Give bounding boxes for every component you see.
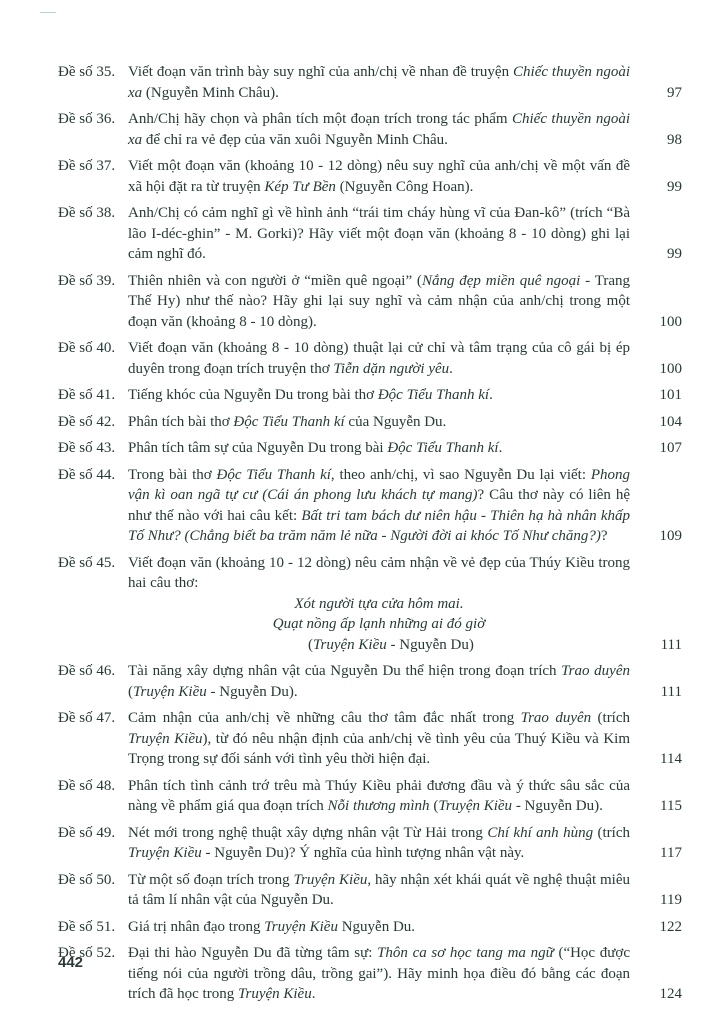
- book-page: Đề số 35.Viết đoạn văn trình bày suy ngh…: [0, 0, 724, 1024]
- toc-entry: Đề số 40.Viết đoạn văn (khoảng 8 - 10 dò…: [58, 338, 682, 379]
- toc-entry: Đề số 45.Viết đoạn văn (khoảng 10 - 12 d…: [58, 553, 682, 656]
- italic-title: Thôn ca sơ học tang ma ngữ: [377, 945, 554, 961]
- entry-page-number: 115: [642, 796, 682, 817]
- entry-text: Thiên nhiên và con người ở “miền quê ngo…: [128, 271, 630, 333]
- italic-title: Chí khí anh hùng: [487, 825, 593, 841]
- toc-entry: Đề số 42.Phân tích bài thơ Độc Tiểu Than…: [58, 412, 682, 433]
- text-segment: (: [430, 798, 439, 814]
- entry-page-number: 111: [642, 682, 682, 703]
- italic-title: Truyện Kiều: [438, 798, 512, 814]
- table-of-contents: Đề số 35.Viết đoạn văn trình bày suy ngh…: [58, 62, 682, 1011]
- text-segment: Phân tích tâm sự của Nguyễn Du trong bài: [128, 440, 387, 456]
- entry-text: Phân tích tình cảnh trớ trêu mà Thúy Kiề…: [128, 776, 630, 817]
- italic-title: Trao duyên: [561, 663, 630, 679]
- text-segment: (trích: [593, 825, 630, 841]
- text-segment: , theo anh/chị, vì sao Nguyễn Du lại viế…: [331, 467, 591, 483]
- toc-entry: Đề số 49.Nét mới trong nghệ thuật xây dự…: [58, 823, 682, 864]
- entry-page-number: 124: [642, 984, 682, 1005]
- text-segment: Viết đoạn văn (khoảng 10 - 12 dòng) nêu …: [128, 555, 630, 592]
- text-segment: ), từ đó nêu nhận định của anh/chị về tì…: [128, 731, 630, 768]
- entry-text: Giá trị nhân đạo trong Truyện Kiều Nguyễ…: [128, 917, 630, 938]
- entry-label: Đề số 47.: [58, 708, 115, 729]
- entry-text: Phân tích tâm sự của Nguyễn Du trong bài…: [128, 438, 630, 459]
- entry-text: Nét mới trong nghệ thuật xây dựng nhân v…: [128, 823, 630, 864]
- entry-text: Viết một đoạn văn (khoảng 10 - 12 dòng) …: [128, 156, 630, 197]
- entry-label: Đề số 51.: [58, 917, 115, 938]
- text-segment: Thiên nhiên và con người ở “miền quê ngo…: [128, 273, 422, 289]
- poem-line: Quạt nồng ấp lạnh những ai đó giờ: [128, 614, 630, 635]
- text-segment: (Nguyễn Minh Châu).: [142, 85, 279, 101]
- toc-entry: Đề số 43.Phân tích tâm sự của Nguyễn Du …: [58, 438, 682, 459]
- toc-entry: Đề số 46.Tài năng xây dựng nhân vật của …: [58, 661, 682, 702]
- italic-title: Nắng đẹp miền quê ngoại: [422, 273, 580, 289]
- entry-text: Tiếng khóc của Nguyễn Du trong bài thơ Đ…: [128, 385, 630, 406]
- text-segment: Tài năng xây dựng nhân vật của Nguyễn Du…: [128, 663, 561, 679]
- text-segment: .: [312, 986, 316, 1002]
- entry-text: Viết đoạn văn (khoảng 8 - 10 dòng) thuật…: [128, 338, 630, 379]
- entry-page-number: 100: [642, 359, 682, 380]
- entry-page-number: 101: [642, 385, 682, 406]
- toc-entry: Đề số 37.Viết một đoạn văn (khoảng 10 - …: [58, 156, 682, 197]
- entry-text: Anh/Chị có cảm nghĩ gì về hình ảnh “trái…: [128, 203, 630, 265]
- entry-page-number: 119: [642, 890, 682, 911]
- text-segment: để chỉ ra vẻ đẹp của văn xuôi Nguyễn Min…: [142, 132, 448, 148]
- italic-title: Nỗi thương mình: [328, 798, 430, 814]
- entry-text: Anh/Chị hãy chọn và phân tích một đoạn t…: [128, 109, 630, 150]
- entry-page-number: 114: [642, 749, 682, 770]
- italic-title: Độc Tiểu Thanh kí: [387, 440, 498, 456]
- italic-title: Độc Tiểu Thanh kí: [378, 387, 489, 403]
- entry-label: Đề số 40.: [58, 338, 115, 359]
- text-segment: Trong bài thơ: [128, 467, 216, 483]
- italic-title: Độc Tiểu Thanh kí: [216, 467, 330, 483]
- entry-text: Từ một số đoạn trích trong Truyện Kiều, …: [128, 870, 630, 911]
- entry-label: Đề số 38.: [58, 203, 115, 224]
- entry-page-number: 100: [642, 312, 682, 333]
- text-segment: - Nguyễn Du): [387, 637, 474, 653]
- toc-entry: Đề số 35.Viết đoạn văn trình bày suy ngh…: [58, 62, 682, 103]
- text-segment: Phân tích bài thơ: [128, 414, 233, 430]
- entry-label: Đề số 36.: [58, 109, 115, 130]
- entry-label: Đề số 39.: [58, 271, 115, 292]
- toc-entry: Đề số 39.Thiên nhiên và con người ở “miề…: [58, 271, 682, 333]
- entry-text: Đại thi hào Nguyễn Du đã từng tâm sự: Th…: [128, 943, 630, 1005]
- entry-page-number: 109: [642, 526, 682, 547]
- text-segment: Nét mới trong nghệ thuật xây dựng nhân v…: [128, 825, 487, 841]
- entry-label: Đề số 35.: [58, 62, 115, 83]
- entry-label: Đề số 37.: [58, 156, 115, 177]
- entry-page-number: 97: [642, 83, 682, 104]
- toc-entry: Đề số 47.Cảm nhận của anh/chị về những c…: [58, 708, 682, 770]
- italic-title: Truyện Kiều: [128, 845, 202, 861]
- entry-text: Viết đoạn văn (khoảng 10 - 12 dòng) nêu …: [128, 553, 630, 594]
- toc-entry: Đề số 52.Đại thi hào Nguyễn Du đã từng t…: [58, 943, 682, 1005]
- italic-title: Kép Tư Bền: [264, 179, 336, 195]
- text-segment: Anh/Chị hãy chọn và phân tích một đoạn t…: [128, 111, 512, 127]
- text-segment: Cảm nhận của anh/chị về những câu thơ tâ…: [128, 710, 521, 726]
- entry-label: Đề số 49.: [58, 823, 115, 844]
- toc-entry: Đề số 48.Phân tích tình cảnh trớ trêu mà…: [58, 776, 682, 817]
- text-segment: .: [499, 440, 503, 456]
- entry-label: Đề số 43.: [58, 438, 115, 459]
- text-segment: Nguyễn Du.: [338, 919, 415, 935]
- text-segment: Từ một số đoạn trích trong: [128, 872, 293, 888]
- italic-title: Truyện Kiều: [128, 731, 203, 747]
- toc-entry: Đề số 51.Giá trị nhân đạo trong Truyện K…: [58, 917, 682, 938]
- text-segment: - Nguyễn Du).: [512, 798, 603, 814]
- entry-page-number: 104: [642, 412, 682, 433]
- page-number: 442: [58, 954, 83, 971]
- poem-line: Xót người tựa cửa hôm mai.: [128, 594, 630, 615]
- entry-text: Phân tích bài thơ Độc Tiểu Thanh kí của …: [128, 412, 630, 433]
- scan-artifact: [40, 12, 56, 13]
- entry-page-number: 99: [642, 244, 682, 265]
- entry-label: Đề số 46.: [58, 661, 115, 682]
- entry-text: Tài năng xây dựng nhân vật của Nguyễn Du…: [128, 661, 630, 702]
- entry-page-number: 117: [642, 843, 682, 864]
- toc-entry: Đề số 50.Từ một số đoạn trích trong Truy…: [58, 870, 682, 911]
- text-segment: (Nguyễn Công Hoan).: [336, 179, 473, 195]
- entry-label: Đề số 42.: [58, 412, 115, 433]
- text-segment: - Nguyễn Du).: [207, 684, 298, 700]
- italic-title: Truyện Kiều: [238, 986, 312, 1002]
- text-segment: Đại thi hào Nguyễn Du đã từng tâm sự:: [128, 945, 377, 961]
- entry-page-number: 122: [642, 917, 682, 938]
- text-segment: Anh/Chị có cảm nghĩ gì về hình ảnh “trái…: [128, 205, 630, 262]
- entry-text: Trong bài thơ Độc Tiểu Thanh kí, theo an…: [128, 465, 630, 547]
- italic-title: Trao duyên: [521, 710, 592, 726]
- italic-title: Truyện Kiều: [313, 637, 387, 653]
- entry-page-number: 99: [642, 177, 682, 198]
- toc-entry: Đề số 41.Tiếng khóc của Nguyễn Du trong …: [58, 385, 682, 406]
- text-segment: (trích: [591, 710, 630, 726]
- entry-label: Đề số 45.: [58, 553, 115, 574]
- italic-title: Truyện Kiều: [133, 684, 207, 700]
- entry-text: Cảm nhận của anh/chị về những câu thơ tâ…: [128, 708, 630, 770]
- toc-entry: Đề số 36.Anh/Chị hãy chọn và phân tích m…: [58, 109, 682, 150]
- entry-label: Đề số 41.: [58, 385, 115, 406]
- text-segment: Giá trị nhân đạo trong: [128, 919, 264, 935]
- italic-title: Truyện Kiều: [264, 919, 338, 935]
- text-segment: - Nguyễn Du)? Ý nghĩa của hình tượng nhâ…: [202, 845, 525, 861]
- entry-page-number: 98: [642, 130, 682, 151]
- entry-label: Đề số 44.: [58, 465, 115, 486]
- entry-page-number: 107: [642, 438, 682, 459]
- text-segment: của Nguyễn Du.: [345, 414, 447, 430]
- entry-text: Viết đoạn văn trình bày suy nghĩ của anh…: [128, 62, 630, 103]
- entry-label: Đề số 48.: [58, 776, 115, 797]
- text-segment: ?: [601, 528, 608, 544]
- text-segment: .: [489, 387, 493, 403]
- poem-source: (Truyện Kiều - Nguyễn Du): [128, 635, 630, 656]
- italic-title: Truyện Kiều: [293, 872, 367, 888]
- entry-page-number: 111: [642, 635, 682, 656]
- toc-entry: Đề số 44.Trong bài thơ Độc Tiểu Thanh kí…: [58, 465, 682, 547]
- text-segment: Viết đoạn văn trình bày suy nghĩ của anh…: [128, 64, 513, 80]
- italic-title: Độc Tiểu Thanh kí: [233, 414, 344, 430]
- toc-entry: Đề số 38.Anh/Chị có cảm nghĩ gì về hình …: [58, 203, 682, 265]
- entry-label: Đề số 50.: [58, 870, 115, 891]
- italic-title: Tiễn dặn người yêu: [333, 361, 449, 377]
- text-segment: Tiếng khóc của Nguyễn Du trong bài thơ: [128, 387, 378, 403]
- text-segment: .: [449, 361, 453, 377]
